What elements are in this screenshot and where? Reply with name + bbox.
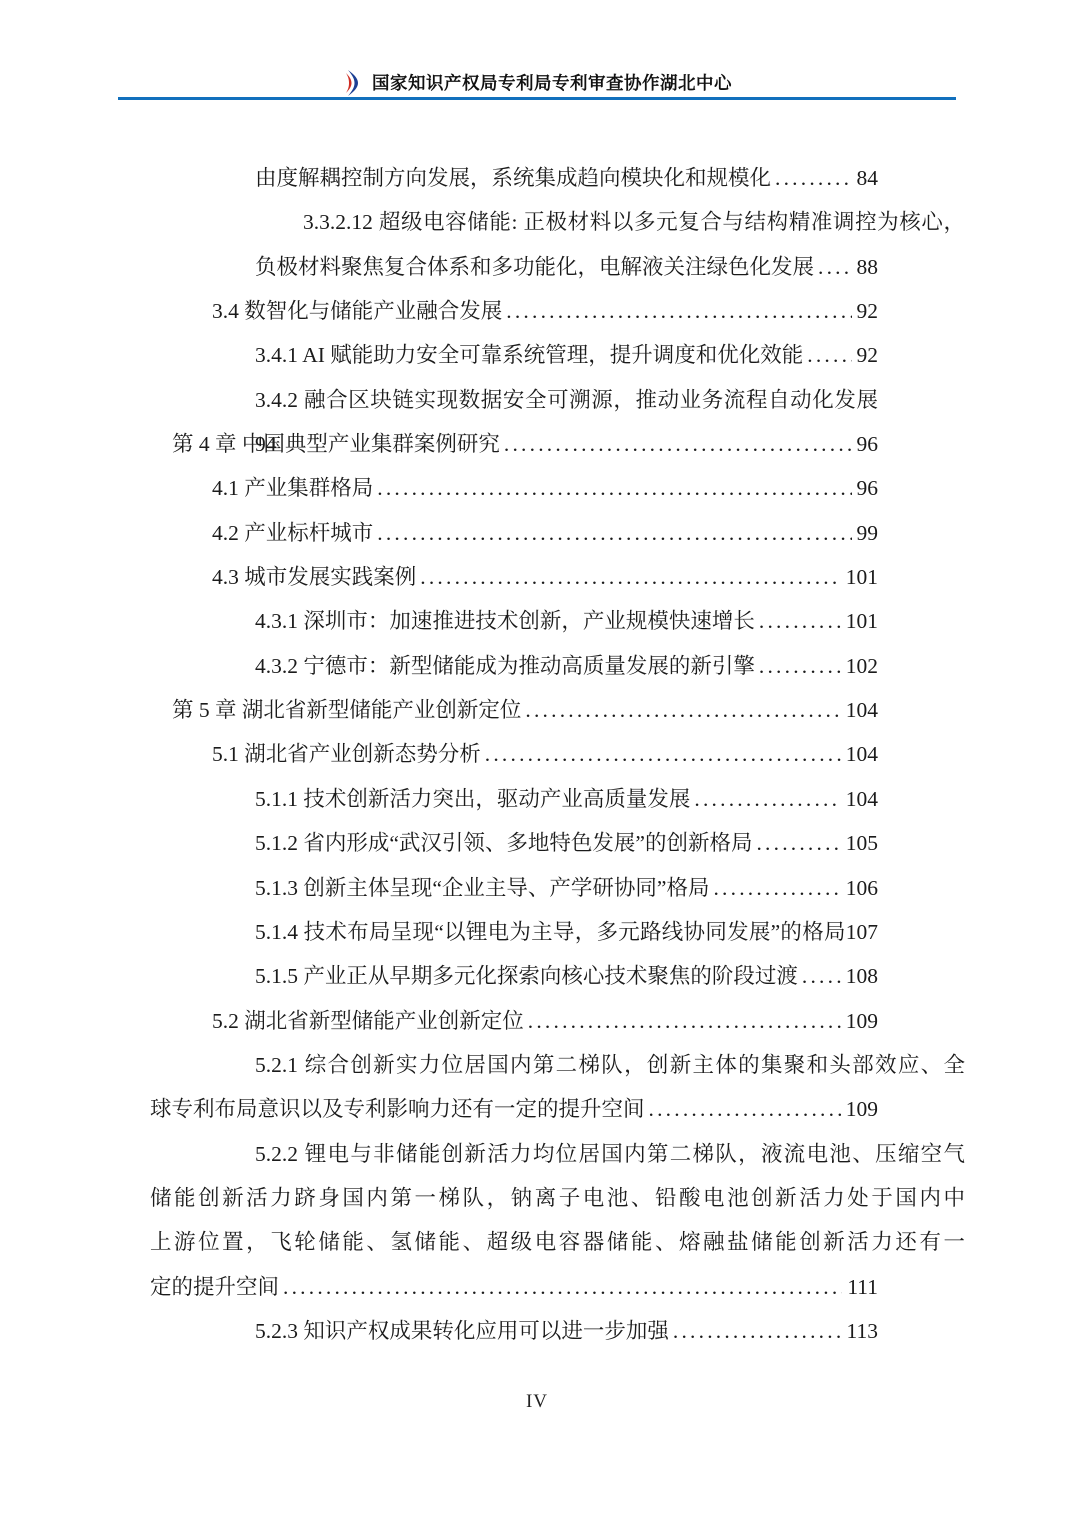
toc-page-number: 113 — [844, 1309, 878, 1353]
toc-page-number: 101 — [843, 555, 878, 599]
toc-dot-leader — [525, 688, 840, 732]
toc-page-number: 88 — [854, 245, 879, 289]
toc-line[interactable]: 储能创新活力跻身国内第一梯队，钠离子电池、铅酸电池创新活力处于国内中 — [150, 1176, 965, 1220]
toc-line-text: 第 5 章 湖北省新型储能产业创新定位 — [172, 688, 521, 732]
toc-dot-leader — [377, 511, 851, 555]
toc-line[interactable]: 5.1.1 技术创新活力突出，驱动产业高质量发展104 — [150, 777, 965, 821]
toc-page-number: 106 — [843, 866, 878, 910]
toc-page-number: 109 — [843, 999, 878, 1043]
document-page: 国家知识产权局专利局专利审查协作湖北中心 由度解耦控制方向发展，系统集成趋向模块… — [0, 0, 1074, 1520]
toc-line-text: 负极材料聚焦复合体系和多功能化，电解液关注绿色化发展 — [255, 245, 814, 289]
toc-page-number: 105 — [843, 821, 878, 865]
toc-line-text: 5.1 湖北省产业创新态势分析 — [212, 732, 481, 776]
toc-line-text: 3.4 数智化与储能产业融合发展 — [212, 289, 502, 333]
toc-dot-leader — [756, 821, 840, 865]
toc-dot-leader — [759, 599, 841, 643]
toc-line-text: 3.4.1 AI 赋能助力安全可靠系统管理，提升调度和优化效能 — [255, 333, 803, 377]
toc-line[interactable]: 5.2.1 综合创新实力位居国内第二梯队，创新主体的集聚和头部效应、全 — [150, 1043, 965, 1087]
toc-line[interactable]: 由度解耦控制方向发展，系统集成趋向模块化和规模化84 — [150, 156, 965, 200]
toc-line[interactable]: 5.1.4 技术布局呈现“以锂电为主导，多元路线协同发展”的格局107 — [150, 910, 965, 954]
toc-line[interactable]: 负极材料聚焦复合体系和多功能化，电解液关注绿色化发展88 — [150, 245, 965, 289]
toc-line[interactable]: 3.3.2.12 超级电容储能: 正极材料以多元复合与结构精准调控为核心， — [150, 200, 965, 244]
toc-line[interactable]: 第 4 章 中国典型产业集群案例研究96 — [150, 422, 965, 466]
toc-line-text: 4.2 产业标杆城市 — [212, 511, 373, 555]
toc-line[interactable]: 3.4.2 融合区块链实现数据安全可溯源，推动业务流程自动化发展94 — [150, 378, 965, 422]
toc-line[interactable]: 5.2.2 锂电与非储能创新活力均位居国内第二梯队，液流电池、压缩空气 — [150, 1132, 965, 1176]
toc-line[interactable]: 5.1 湖北省产业创新态势分析104 — [150, 732, 965, 776]
toc-line-text: 球专利布局意识以及专利影响力还有一定的提升空间 — [150, 1087, 645, 1131]
toc-dot-leader — [506, 289, 851, 333]
toc-dot-leader — [673, 1309, 842, 1353]
toc-line-text: 4.3.2 宁德市：新型储能成为推动高质量发展的新引擎 — [255, 644, 755, 688]
toc-page-number: 102 — [843, 644, 878, 688]
ip-center-logo-icon — [342, 70, 362, 96]
toc-page-number: 101 — [843, 599, 878, 643]
toc-dot-leader — [649, 1087, 841, 1131]
toc-dot-leader — [759, 644, 841, 688]
toc-line[interactable]: 3.4.1 AI 赋能助力安全可靠系统管理，提升调度和优化效能92 — [150, 333, 965, 377]
toc-line-text: 储能创新活力跻身国内第一梯队，钠离子电池、铅酸电池创新活力处于国内中 — [150, 1176, 965, 1220]
toc-line-text: 5.2.1 综合创新实力位居国内第二梯队，创新主体的集聚和头部效应、全 — [255, 1043, 965, 1087]
header-rule — [118, 97, 956, 100]
toc-line-text: 5.1.1 技术创新活力突出，驱动产业高质量发展 — [255, 777, 690, 821]
toc-line-text: 上游位置，飞轮储能、氢储能、超级电容器储能、熔融盐储能创新活力还有一 — [150, 1220, 965, 1264]
toc-page-number: 84 — [854, 156, 879, 200]
toc-line-text: 3.3.2.12 超级电容储能: 正极材料以多元复合与结构精准调控为核心， — [303, 200, 965, 244]
toc-line-text: 第 4 章 中国典型产业集群案例研究 — [172, 422, 500, 466]
toc-page-number: 108 — [843, 954, 878, 998]
toc-page-number: 109 — [843, 1087, 878, 1131]
toc-line[interactable]: 球专利布局意识以及专利影响力还有一定的提升空间109 — [150, 1087, 965, 1131]
toc-page-number: 92 — [854, 333, 879, 377]
toc-dot-leader — [775, 156, 851, 200]
toc-dot-leader — [528, 999, 841, 1043]
toc-line-text: 5.1.5 产业正从早期多元化探索向核心技术聚焦的阶段过渡 — [255, 954, 798, 998]
toc-dot-leader — [807, 333, 851, 377]
toc-line[interactable]: 第 5 章 湖北省新型储能产业创新定位104 — [150, 688, 965, 732]
toc-page-number: 104 — [843, 777, 878, 821]
toc-line[interactable]: 上游位置，飞轮储能、氢储能、超级电容器储能、熔融盐储能创新活力还有一 — [150, 1220, 965, 1264]
toc: 由度解耦控制方向发展，系统集成趋向模块化和规模化843.3.2.12 超级电容储… — [150, 156, 965, 1353]
toc-dot-leader — [420, 555, 840, 599]
toc-page-number: 104 — [843, 732, 878, 776]
toc-dot-leader — [713, 866, 840, 910]
footer-page-number: IV — [0, 1391, 1074, 1413]
toc-dot-leader — [802, 954, 841, 998]
toc-line[interactable]: 4.2 产业标杆城市99 — [150, 511, 965, 555]
toc-line[interactable]: 5.1.5 产业正从早期多元化探索向核心技术聚焦的阶段过渡108 — [150, 954, 965, 998]
toc-line-text: 由度解耦控制方向发展，系统集成趋向模块化和规模化 — [255, 156, 771, 200]
toc-line-text: 5.2.2 锂电与非储能创新活力均位居国内第二梯队，液流电池、压缩空气 — [255, 1132, 965, 1176]
toc-dot-leader — [485, 732, 841, 776]
toc-line[interactable]: 5.1.2 省内形成“武汉引领、多地特色发展”的创新格局105 — [150, 821, 965, 865]
toc-line-text: 5.1.3 创新主体呈现“企业主导、产学研协同”格局 — [255, 866, 709, 910]
toc-line-text: 5.1.2 省内形成“武汉引领、多地特色发展”的创新格局 — [255, 821, 752, 865]
toc-line[interactable]: 4.3.1 深圳市：加速推进技术创新，产业规模快速增长101 — [150, 599, 965, 643]
toc-dot-leader — [818, 245, 851, 289]
toc-line[interactable]: 5.2 湖北省新型储能产业创新定位109 — [150, 999, 965, 1043]
toc-line[interactable]: 4.3.2 宁德市：新型储能成为推动高质量发展的新引擎102 — [150, 644, 965, 688]
toc-line[interactable]: 定的提升空间111 — [150, 1265, 965, 1309]
toc-line-text: 5.2 湖北省新型储能产业创新定位 — [212, 999, 524, 1043]
toc-line[interactable]: 4.3 城市发展实践案例101 — [150, 555, 965, 599]
toc-line-text: 4.3.1 深圳市：加速推进技术创新，产业规模快速增长 — [255, 599, 755, 643]
toc-line-text: 5.2.3 知识产权成果转化应用可以进一步加强 — [255, 1309, 669, 1353]
document-header: 国家知识产权局专利局专利审查协作湖北中心 — [0, 70, 1074, 96]
toc-page-number: 111 — [844, 1265, 878, 1309]
toc-line-text: 4.1 产业集群格局 — [212, 466, 373, 510]
toc-dot-leader — [504, 422, 852, 466]
toc-page-number: 96 — [854, 466, 879, 510]
toc-dot-leader — [377, 466, 851, 510]
header-title: 国家知识产权局专利局专利审查协作湖北中心 — [372, 71, 732, 95]
toc-line-text: 5.1.4 技术布局呈现“以锂电为主导，多元路线协同发展”的格局107 — [255, 910, 878, 954]
toc-line-text: 定的提升空间 — [150, 1265, 279, 1309]
toc-page-number: 96 — [854, 422, 879, 466]
toc-page-number: 99 — [854, 511, 879, 555]
toc-page-number: 92 — [854, 289, 879, 333]
toc-line[interactable]: 3.4 数智化与储能产业融合发展92 — [150, 289, 965, 333]
toc-line[interactable]: 4.1 产业集群格局96 — [150, 466, 965, 510]
toc-line[interactable]: 5.1.3 创新主体呈现“企业主导、产学研协同”格局106 — [150, 866, 965, 910]
toc-dot-leader — [694, 777, 840, 821]
toc-page-number: 104 — [843, 688, 878, 732]
toc-line[interactable]: 5.2.3 知识产权成果转化应用可以进一步加强113 — [150, 1309, 965, 1353]
toc-line-text: 4.3 城市发展实践案例 — [212, 555, 416, 599]
toc-dot-leader — [283, 1265, 842, 1309]
